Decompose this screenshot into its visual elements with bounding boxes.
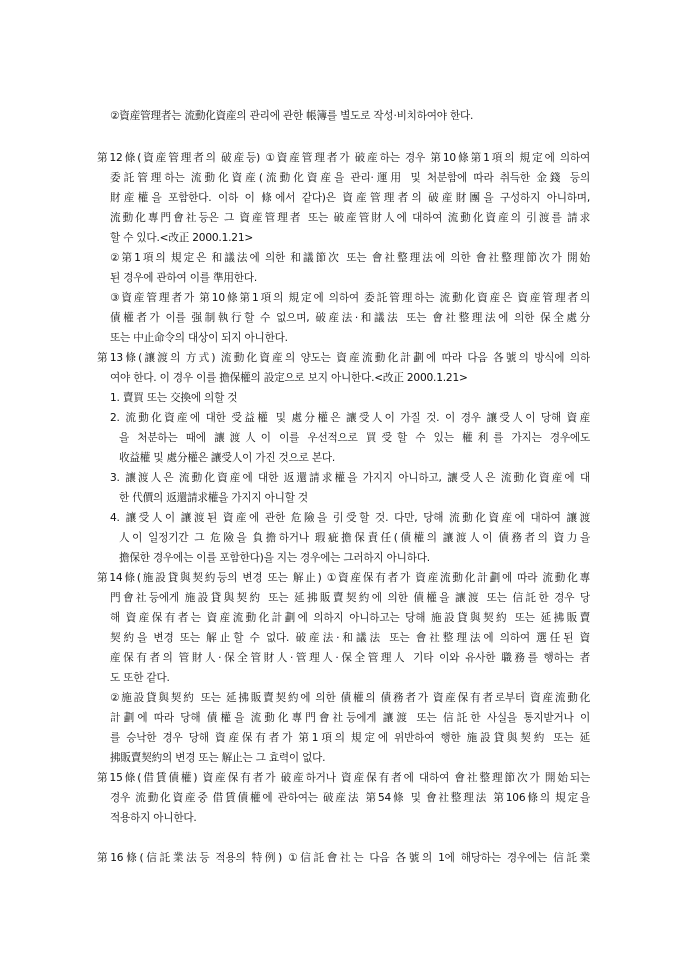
text-line: 第13條(讓渡의 方式) 流動化資産의 양도는 資産流動化計劃에 따라 다음 各…: [97, 349, 590, 367]
text-line: 第15條(借賃債權) 資産保有者가 破産하거나 資産保有者에 대하여 會社整理節…: [97, 769, 590, 787]
text-line: 를 승낙한 경우 당해 資産保有者가 第1項의 規定에 위반하여 행한 施設貸與…: [110, 729, 590, 747]
text-line: 流動化專門會社등은 그 資産管理者 또는 破産管財人에 대하여 流動化資産의 引…: [110, 209, 590, 227]
text-line: 契約을 변경 또는 解止할 수 없다. 破産法·和議法 또는 會社整理法에 의하…: [110, 629, 590, 647]
text-line: 을 처분하는 때에 讓渡人이 이를 우선적으로 買受할 수 있는 權利를 가지는…: [119, 429, 590, 447]
text-line: ③資産管理者가 第10條第1項의 規定에 의하여 委託管理하는 流動化資産은 資…: [110, 289, 590, 307]
text-line: 第12條(資産管理者의 破産등) ①資産管理者가 破産하는 경우 第10條第1項…: [97, 149, 590, 167]
text-line: 1. 賣買 또는 交換에 의할 것: [110, 389, 255, 407]
text-line: 도 또한 같다.: [110, 669, 175, 687]
text-line: 財産權을 포함한다. 이하 이 條에서 같다)은 資産管理者의 破産財團을 구성…: [110, 189, 590, 207]
text-line: 債權者가 이를 强制執行할 수 없으며, 破産法·和議法 또는 會社整理法에 의…: [110, 309, 590, 327]
text-line: 門會社등에게 施設貸與契約 또는 延拂販賣契約에 의한 債權을 讓渡 또는 信託…: [110, 589, 590, 607]
text-line: ②施設貸與契約 또는 延拂販賣契約에 의한 債權의 債務者가 資産保有者로부터 …: [110, 689, 590, 707]
text-line: 産保有者의 管財人·保全管財人·管理人·保全管理人 기타 이와 유사한 職務를 …: [110, 649, 590, 667]
text-line: 해 資産保有者는 資産流動化計劃에 의하지 아니하고는 당해 施設貸與契約 또는…: [110, 609, 590, 627]
text-line: 4. 讓受人이 讓渡된 資産에 관한 危險을 引受할 것. 다만, 당해 流動化…: [110, 509, 590, 527]
document-page: ②資産管理者는 流動化資産의 관리에 관한 帳簿를 별도로 작성·비치하여야 한…: [0, 0, 680, 962]
text-line: 2. 流動化資産에 대한 受益權 및 處分權은 讓受人이 가질 것. 이 경우 …: [110, 409, 590, 427]
text-line: 한 代價의 返還請求權을 가지지 아니할 것: [119, 489, 334, 507]
text-line: 또는 中止命令의 대상이 되지 아니한다.: [110, 329, 310, 347]
text-line: ②資産管理者는 流動化資産의 관리에 관한 帳簿를 별도로 작성·비치하여야 한…: [110, 107, 510, 125]
text-line: 人이 일정기간 그 危險을 負擔하거나 瑕疵擔保責任(債權의 讓渡人이 債務者의…: [119, 529, 590, 547]
text-line: 計劃에 따라 당해 債權을 流動化專門會社등에게 讓渡 또는 信託한 사실을 통…: [110, 709, 590, 727]
text-line: ②第1項의 規定은 和議法에 의한 和議節次 또는 會社整理法에 의한 會社整理…: [110, 249, 590, 267]
text-line: 第16條(信託業法등 적용의 特例) ①信託會社는 다음 各號의 1에 해당하는…: [97, 849, 590, 867]
text-line: 적용하지 아니한다.: [110, 809, 205, 827]
text-line: 第14條(施設貸與契約등의 변경 또는 解止) ①資産保有者가 資産流動化計劃에…: [97, 569, 590, 587]
text-line: 경우 流動化資産중 借賃債權에 관하여는 破産法 第54條 및 會社整理法 第1…: [110, 789, 590, 807]
text-line: 拂販賣契約의 변경 또는 解止는 그 효력이 없다.: [110, 749, 355, 767]
text-line: 3. 讓渡人은 流動化資産에 대한 返還請求權을 가지지 아니하고, 讓受人은 …: [110, 469, 590, 487]
text-line: 된 경우에 관하여 이를 準用한다.: [110, 269, 280, 287]
text-line: 擔保한 경우에는 이를 포함한다)을 지는 경우에는 그러하지 아니하다.: [119, 549, 469, 567]
text-line: 할 수 있다.<改正 2000.1.21>: [110, 229, 260, 247]
text-line: 收益權 및 處分權은 讓受人이 가진 것으로 본다.: [119, 449, 354, 467]
text-line: 여야 한다. 이 경우 이를 擔保權의 設定으로 보지 아니한다.<改正 200…: [110, 369, 502, 387]
text-line: 委託管理하는 流動化資産(流動化資産을 관리·運用 및 처분함에 따라 취득한 …: [110, 169, 590, 187]
